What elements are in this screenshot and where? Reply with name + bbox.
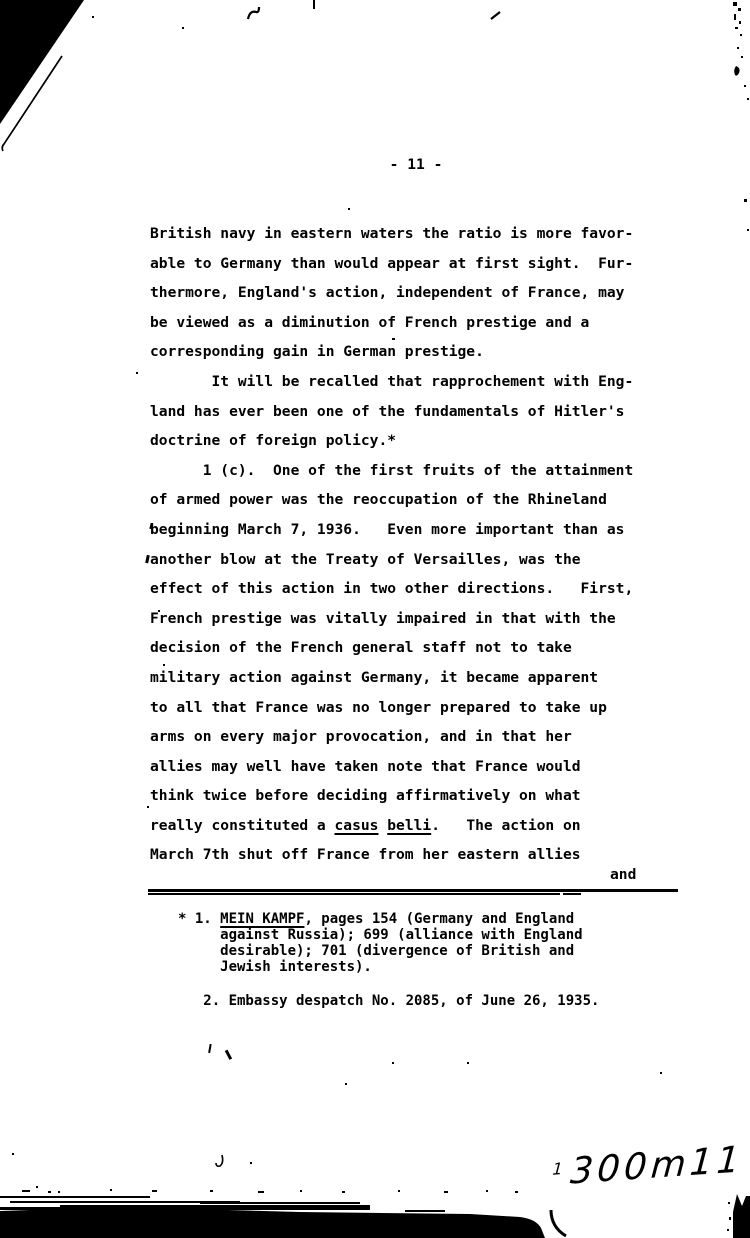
text-line: * 1. MEIN KAMPF, pages 154 (Germany and … xyxy=(178,911,599,927)
text-line: of armed power was the reoccupation of t… xyxy=(150,485,633,515)
text-segment: * 1. xyxy=(178,911,220,927)
body-text: British navy in eastern waters the ratio… xyxy=(150,219,633,870)
corner-blob-artifact xyxy=(727,1194,750,1238)
text-line: 2. Embassy despatch No. 2085, of June 26… xyxy=(178,993,599,1009)
document-page: - 11 - British navy in eastern waters th… xyxy=(0,0,750,1238)
text-line: effect of this action in two other direc… xyxy=(150,574,633,604)
text-line: be viewed as a diminution of French pres… xyxy=(150,308,633,338)
pen-scratch-line xyxy=(2,56,62,151)
text-line: to all that France was no longer prepare… xyxy=(150,693,633,723)
text-segment: . The action on xyxy=(431,817,580,834)
text-segment: , pages 154 (Germany and England xyxy=(304,911,574,927)
footnote-separator-dash xyxy=(563,893,581,895)
text-line: think twice before deciding affirmativel… xyxy=(150,781,633,811)
page-number: - 11 - xyxy=(166,156,666,173)
continuation-word: and xyxy=(610,866,636,883)
text-segment: really constituted a xyxy=(150,817,335,834)
text-line: able to Germany than would appear at fir… xyxy=(150,249,633,279)
text-line: against Russia); 699 (alliance with Engl… xyxy=(178,927,599,943)
footnotes: * 1. MEIN KAMPF, pages 154 (Germany and … xyxy=(178,911,599,1009)
text-line: 1 (c). One of the first fruits of the at… xyxy=(150,456,633,486)
text-line: decision of the French general staff not… xyxy=(150,633,633,663)
text-line: land has ever been one of the fundamenta… xyxy=(150,397,633,427)
bottom-scan-band xyxy=(0,1196,566,1238)
text-line: another blow at the Treaty of Versailles… xyxy=(150,545,633,575)
handwritten-frame-number: 1300m11 xyxy=(551,1139,745,1194)
text-line: March 7th shut off France from her easte… xyxy=(150,840,633,870)
text-line: British navy in eastern waters the ratio… xyxy=(150,219,633,249)
text-line: allies may well have taken note that Fra… xyxy=(150,752,633,782)
speckle-row xyxy=(22,1189,518,1193)
text-line: really constituted a casus belli. The ac… xyxy=(150,811,633,841)
text-line: doctrine of foreign policy.* xyxy=(150,426,633,456)
footnote-separator-overstrike xyxy=(148,893,560,895)
text-line: military action against Germany, it beca… xyxy=(150,663,633,693)
text-segment xyxy=(378,817,387,834)
text-line: French prestige was vitally impaired in … xyxy=(150,604,633,634)
underlined-text: MEIN KAMPF xyxy=(220,911,304,927)
text-line: thermore, England's action, independent … xyxy=(150,278,633,308)
footnote-separator-rule xyxy=(148,889,678,892)
underlined-text: casus xyxy=(335,817,379,834)
text-line: desirable); 701 (divergence of British a… xyxy=(178,943,599,959)
text-line: beginning March 7, 1936. Even more impor… xyxy=(150,515,633,545)
underlined-text: belli xyxy=(387,817,431,834)
text-line: It will be recalled that rapprochement w… xyxy=(150,367,633,397)
text-line: corresponding gain in German prestige. xyxy=(150,337,633,367)
corner-fold-artifact xyxy=(0,0,84,124)
text-line: arms on every major provocation, and in … xyxy=(150,722,633,752)
text-line: Jewish interests). xyxy=(178,959,599,975)
